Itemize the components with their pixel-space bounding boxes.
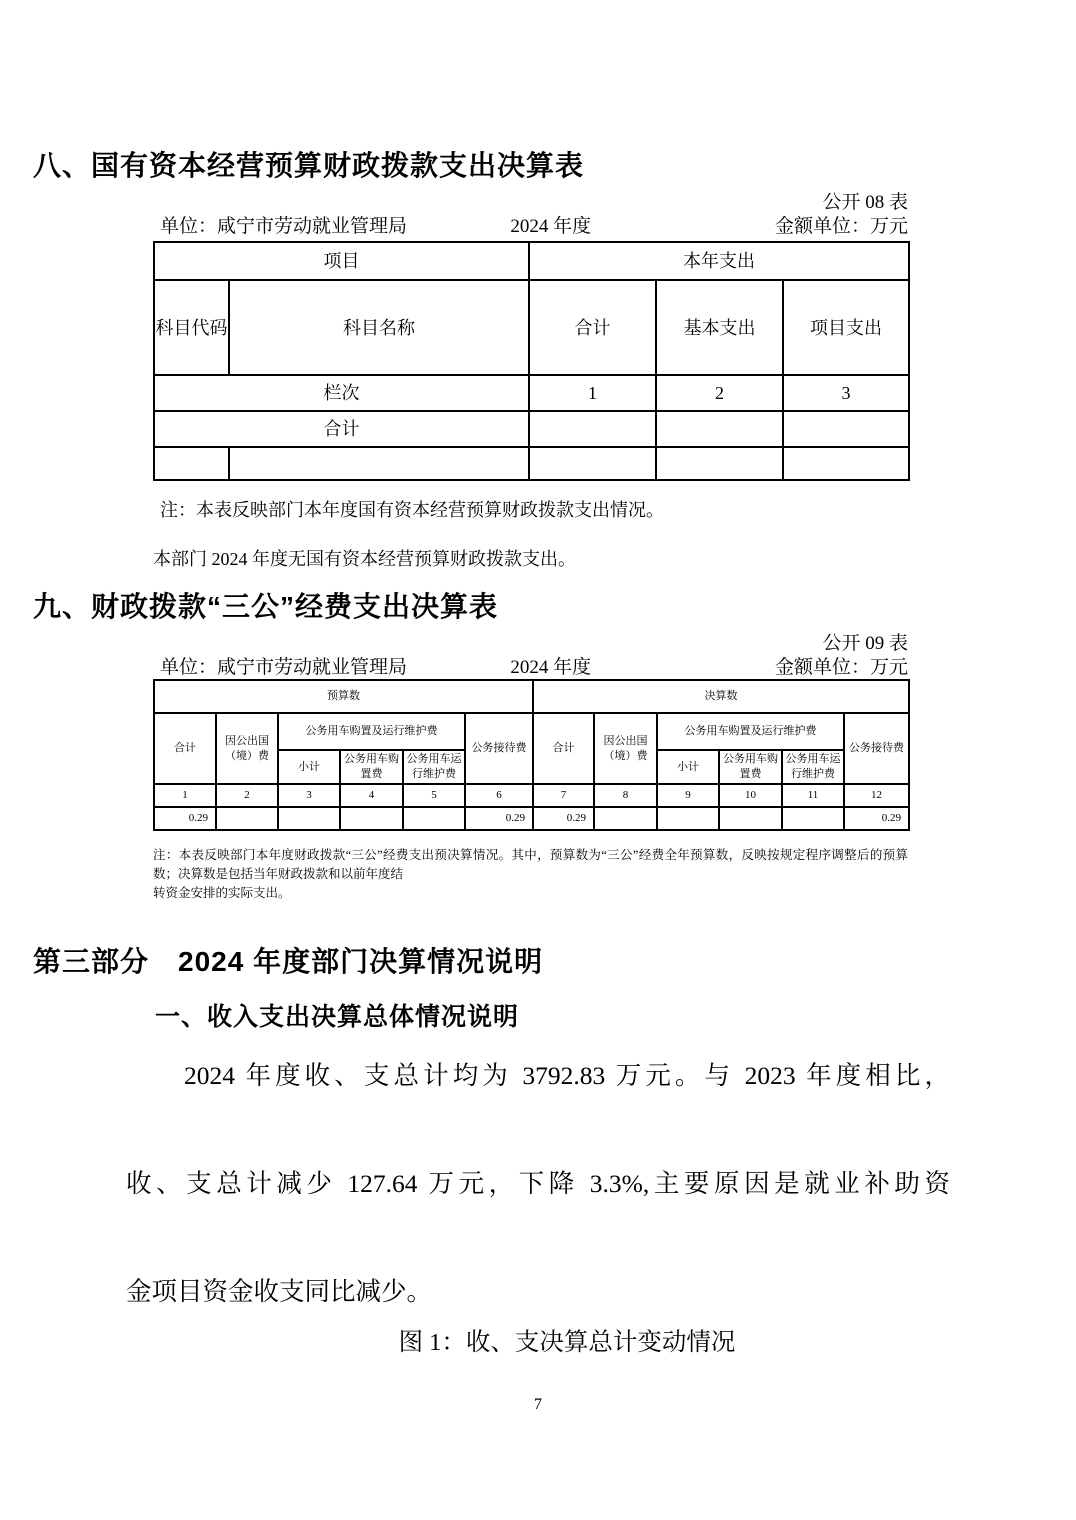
table-row-header-upper: 合计 因公出国（境）费 公务用车购置及运行维护费 公务接待费 合计 因公出国（境… — [154, 713, 909, 750]
header-subject-name: 科目名称 — [229, 280, 529, 375]
table-row-column-index: 栏次 1 2 3 — [154, 375, 909, 411]
part-three-heading: 第三部分 2024 年度部门决算情况说明 — [0, 943, 1076, 981]
header-subject-code: 科目代码 — [154, 280, 229, 375]
empty-cell — [229, 447, 529, 480]
empty-cell — [783, 447, 909, 480]
paragraph-line: 2024 年度收、支总计均为 3792.83 万元。与 2023 年度相比， — [126, 1049, 950, 1157]
final-total-header: 合计 — [533, 713, 594, 784]
figure-1-caption: 图 1：收、支决算总计变动情况 — [184, 1316, 950, 1370]
table-row: 项目 本年支出 — [154, 242, 909, 280]
budget-total-header: 合计 — [154, 713, 216, 784]
value-cell: 0.29 — [533, 807, 594, 830]
total-cell — [656, 411, 783, 447]
column-index-cell: 3 — [783, 375, 909, 411]
column-index-cell: 12 — [844, 784, 909, 807]
value-cell: 0.29 — [465, 807, 533, 830]
budget-purchase-header: 公务用车购置费 — [340, 750, 403, 784]
unit-name: 单位：咸宁市劳动就业管理局 — [153, 656, 439, 679]
value-cell — [216, 807, 278, 830]
budget-subtotal-header: 小计 — [278, 750, 340, 784]
final-abroad-header: 因公出国（境）费 — [594, 713, 657, 784]
value-cell: 0.29 — [844, 807, 909, 830]
column-index-cell: 7 — [533, 784, 594, 807]
column-index-cell: 3 — [278, 784, 340, 807]
column-index-label: 栏次 — [154, 375, 529, 411]
column-index-cell: 1 — [154, 784, 216, 807]
final-purchase-header: 公务用车购置费 — [719, 750, 782, 784]
column-index-cell: 10 — [719, 784, 782, 807]
table-08-meta-row: 单位：咸宁市劳动就业管理局 2024 年度 金额单位：万元 — [153, 215, 908, 238]
page-number: 7 — [0, 1396, 1076, 1414]
table-09-note-line1: 注：本表反映部门本年度财政拨款“三公”经费支出预决算情况。其中，预算数为“三公”… — [153, 846, 908, 884]
table-row-groups: 预算数 决算数 — [154, 680, 909, 713]
header-total: 合计 — [529, 280, 656, 375]
value-cell — [719, 807, 782, 830]
budget-reception-header: 公务接待费 — [465, 713, 533, 784]
value-cell — [403, 807, 465, 830]
column-index-cell: 9 — [657, 784, 719, 807]
paragraph-line: 收、支总计减少 127.64 万元，下降 3.3%,主要原因是就业补助资 — [126, 1157, 950, 1265]
final-subtotal-header: 小计 — [657, 750, 719, 784]
header-project-exp: 项目支出 — [783, 280, 909, 375]
final-reception-header: 公务接待费 — [844, 713, 909, 784]
table-09-meta-row: 单位：咸宁市劳动就业管理局 2024 年度 金额单位：万元 — [153, 656, 908, 679]
summary-paragraph: 2024 年度收、支总计均为 3792.83 万元。与 2023 年度相比， 收… — [126, 1049, 950, 1319]
empty-cell — [529, 447, 656, 480]
document-page: 八、国有资本经营预算财政拨款支出决算表 公开 08 表 单位：咸宁市劳动就业管理… — [0, 0, 1076, 1520]
fiscal-year: 2024 年度 — [439, 215, 662, 238]
table-08-label: 公开 08 表 — [153, 191, 908, 214]
three-public-expenses-table: 预算数 决算数 合计 因公出国（境）费 公务用车购置及运行维护费 公务接待费 合… — [153, 679, 910, 831]
part-three-sub-heading: 一、收入支出决算总体情况说明 — [153, 999, 908, 1035]
table-09-note: 注：本表反映部门本年度财政拨款“三公”经费支出预决算情况。其中，预算数为“三公”… — [153, 846, 908, 903]
header-basic: 基本支出 — [656, 280, 783, 375]
header-expenditure-group: 本年支出 — [529, 242, 909, 280]
table-09-label: 公开 09 表 — [153, 632, 908, 655]
value-cell: 0.29 — [154, 807, 216, 830]
header-project-group: 项目 — [154, 242, 529, 280]
table-row-column-index: 1 2 3 4 5 6 7 8 9 10 11 12 — [154, 784, 909, 807]
column-index-cell: 4 — [340, 784, 403, 807]
paragraph-line: 金项目资金收支同比减少。 — [126, 1265, 950, 1319]
budget-maintain-header: 公务用车运行维护费 — [403, 750, 465, 784]
column-index-cell: 11 — [782, 784, 844, 807]
section-eight-heading: 八、国有资本经营预算财政拨款支出决算表 — [0, 0, 1076, 184]
budget-vehicle-group-header: 公务用车购置及运行维护费 — [278, 713, 465, 750]
table-09-note-line2: 转资金安排的实际支出。 — [153, 884, 908, 903]
amount-unit: 金额单位：万元 — [662, 656, 908, 679]
total-row-label: 合计 — [154, 411, 529, 447]
unit-name: 单位：咸宁市劳动就业管理局 — [153, 215, 439, 238]
table-08-statement: 本部门 2024 年度无国有资本经营预算财政拨款支出。 — [153, 547, 908, 571]
column-index-cell: 5 — [403, 784, 465, 807]
column-index-cell: 6 — [465, 784, 533, 807]
final-group-header: 决算数 — [533, 680, 909, 713]
budget-abroad-header: 因公出国（境）费 — [216, 713, 278, 784]
empty-cell — [154, 447, 229, 480]
table-row-total: 合计 — [154, 411, 909, 447]
column-index-cell: 2 — [656, 375, 783, 411]
empty-cell — [656, 447, 783, 480]
total-cell — [529, 411, 656, 447]
value-cell — [278, 807, 340, 830]
table-08-note: 注：本表反映部门本年度国有资本经营预算财政拨款支出情况。 — [153, 498, 908, 522]
total-cell — [783, 411, 909, 447]
table-row-empty — [154, 447, 909, 480]
final-vehicle-group-header: 公务用车购置及运行维护费 — [657, 713, 844, 750]
amount-unit: 金额单位：万元 — [662, 215, 908, 238]
value-cell — [657, 807, 719, 830]
column-index-cell: 8 — [594, 784, 657, 807]
column-index-cell: 2 — [216, 784, 278, 807]
final-maintain-header: 公务用车运行维护费 — [782, 750, 844, 784]
column-index-cell: 1 — [529, 375, 656, 411]
value-cell — [340, 807, 403, 830]
value-cell — [782, 807, 844, 830]
state-capital-expenditure-table: 项目 本年支出 科目代码 科目名称 合计 基本支出 项目支出 栏次 1 2 3 … — [153, 241, 910, 481]
section-nine-heading: 九、财政拨款“三公”经费支出决算表 — [0, 589, 1076, 625]
fiscal-year: 2024 年度 — [439, 656, 662, 679]
table-row-values: 0.29 0.29 0.29 0.29 — [154, 807, 909, 830]
value-cell — [594, 807, 657, 830]
budget-group-header: 预算数 — [154, 680, 533, 713]
table-row: 科目代码 科目名称 合计 基本支出 项目支出 — [154, 280, 909, 375]
